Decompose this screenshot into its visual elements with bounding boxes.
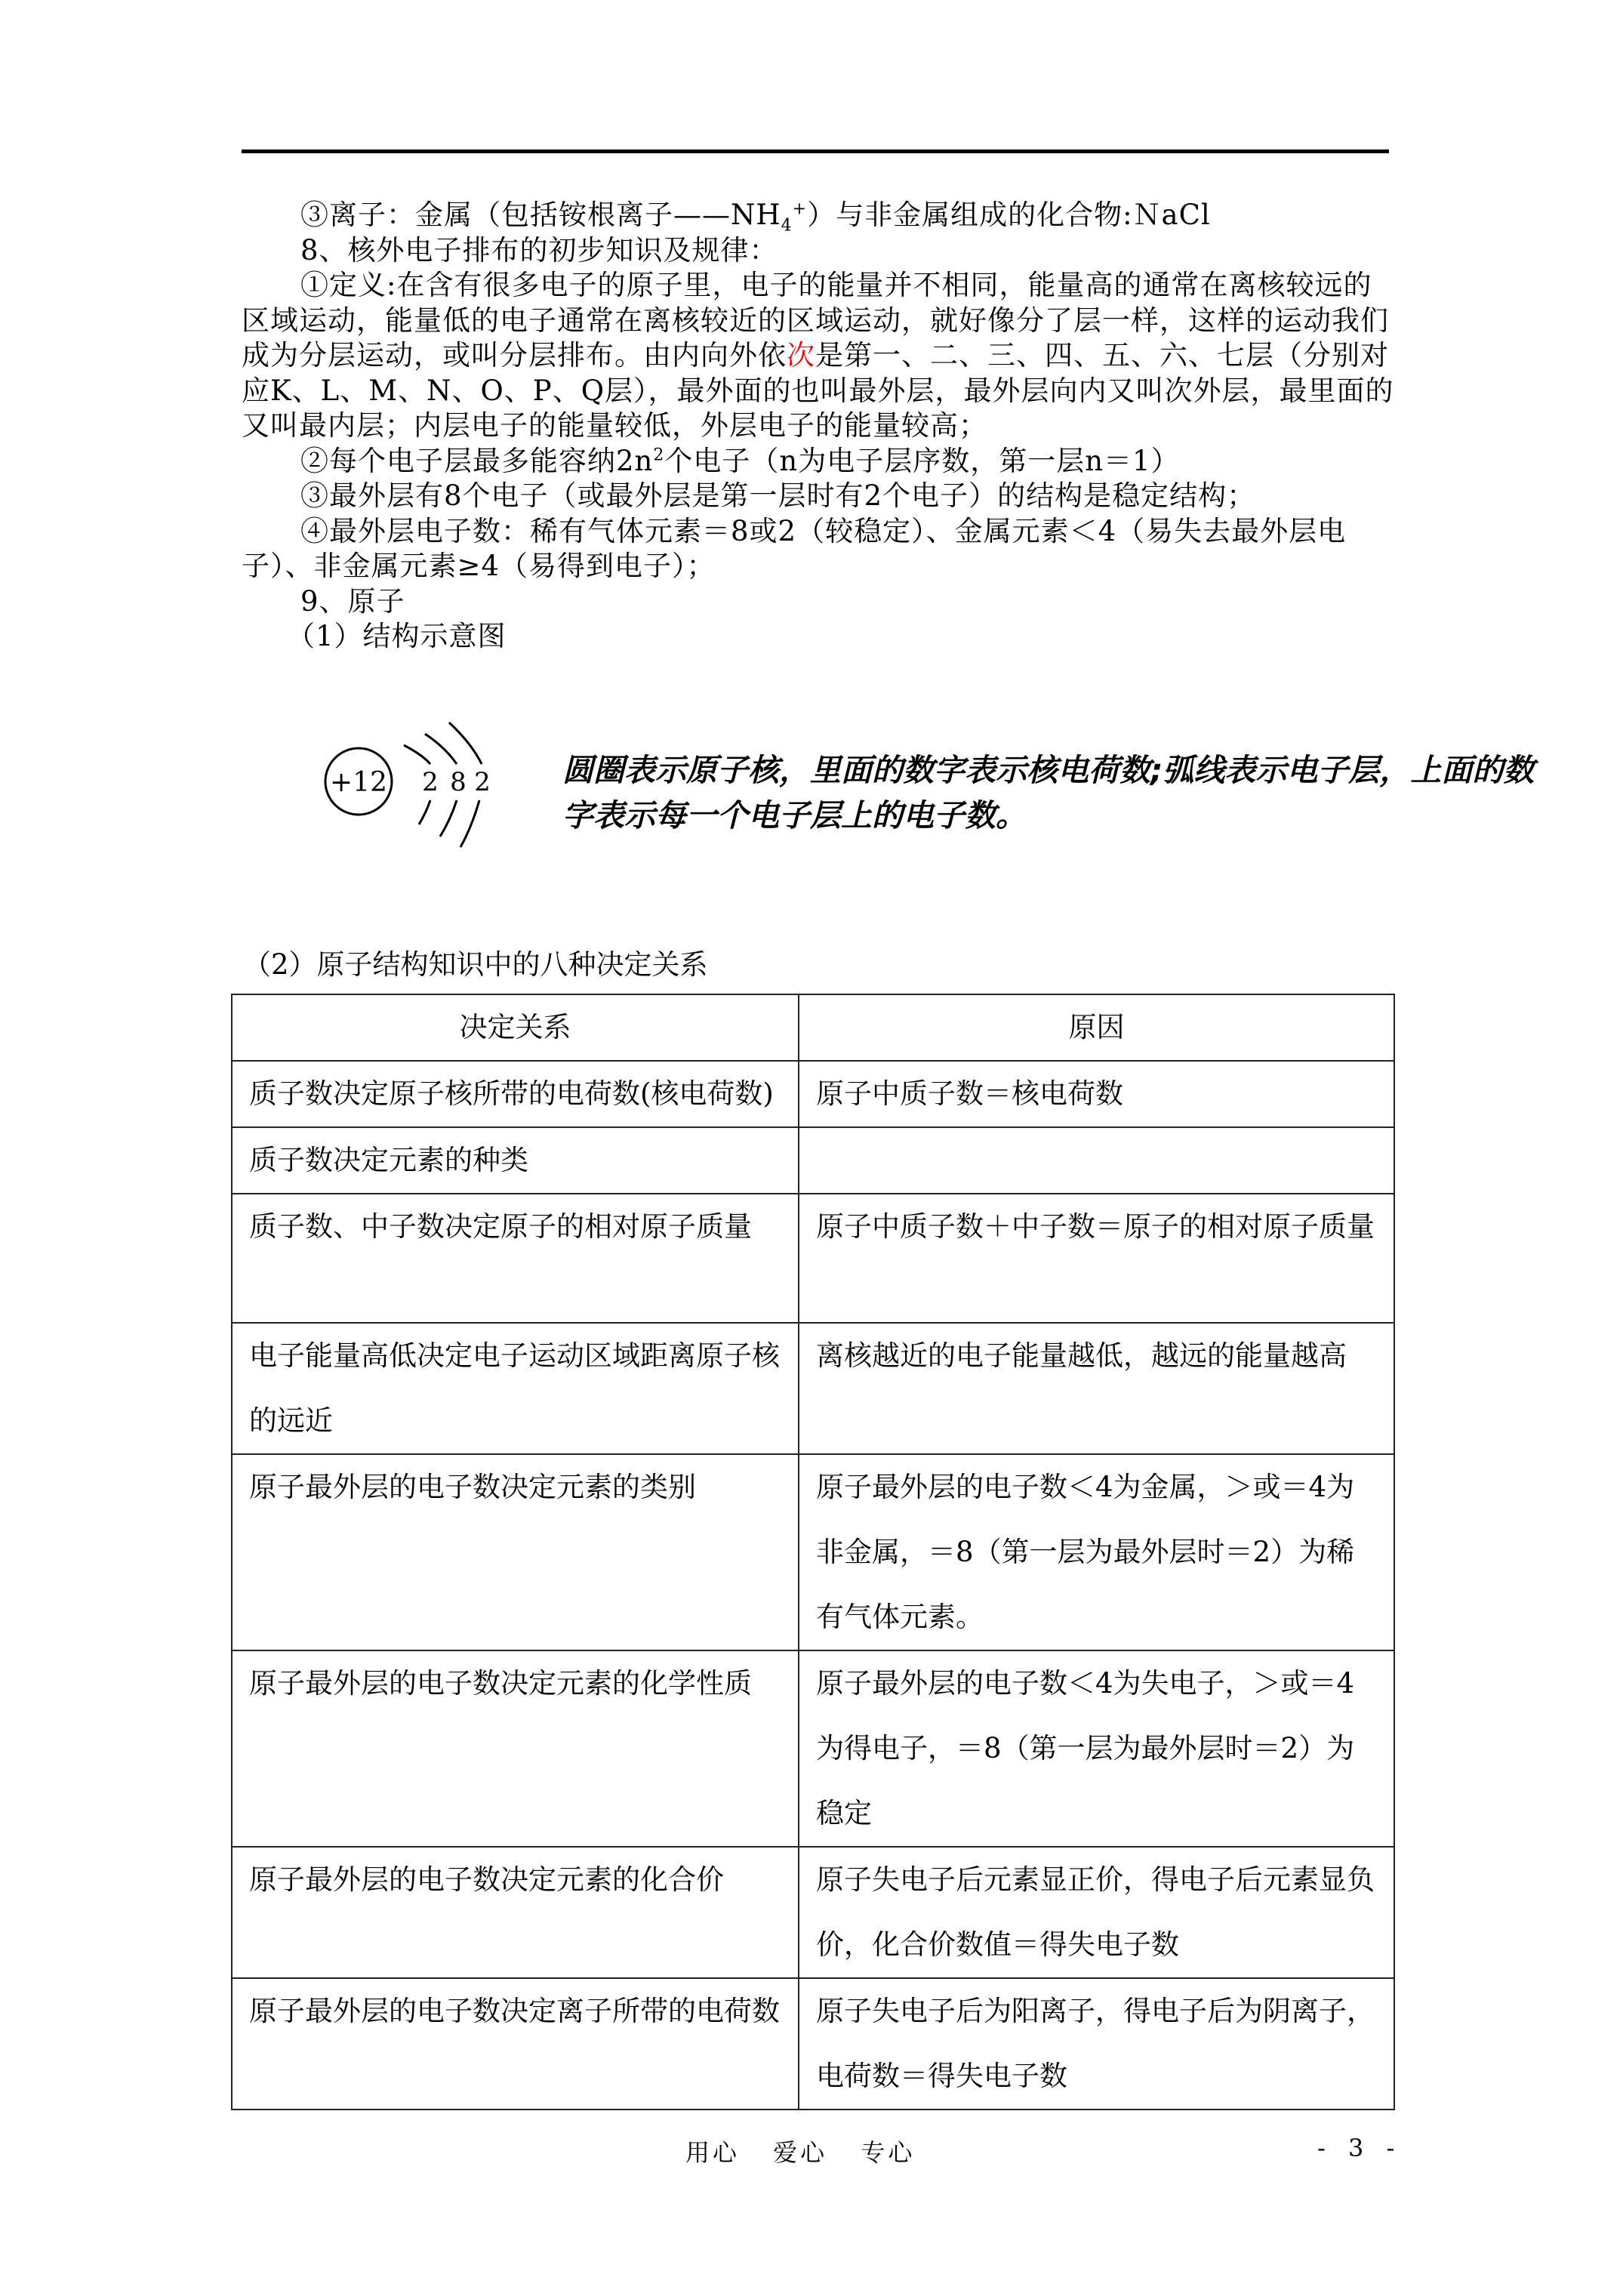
cell-text: 原子失电子后为阳离子，得电子后为阴离子，电荷数＝得失电子数 [816,1979,1378,2109]
cell-text: 原子最外层的电子数＜4为失电子，＞或＝4为得电子，＝8（第一层为最外层时＝2）为… [816,1651,1378,1846]
paragraph-stable-structure: ③最外层有8个电子（或最外层是第一层时有2个电子）的结构是稳定结构； [242,479,1397,514]
paragraph-ionic-compound: ③离子：金属（包括铵根离子——NH4+）与非金属组成的化合物:ＮaCl [242,198,1397,233]
paragraph-text: ③离子：金属（包括铵根离子——NH [300,199,781,231]
cell-text: 原子最外层的电子数决定离子所带的电荷数 [249,1979,783,2044]
page-number: - 3 - [1317,2134,1402,2162]
paragraph-text: ）与非金属组成的化合物:ＮaCl [807,199,1211,231]
cell-text: 原子中质子数＝核电荷数 [816,1062,1378,1126]
table-row: 质子数决定原子核所带的电荷数(核电荷数) 原子中质子数＝核电荷数 [232,1061,1394,1127]
table-header-row: 决定关系 原因 [232,994,1394,1061]
body-text: ③离子：金属（包括铵根离子——NH4+）与非金属组成的化合物:ＮaCl 8、核外… [242,198,1397,655]
cell-reason [799,1127,1394,1194]
highlighted-char: 次 [787,339,815,371]
cell-text: 质子数、中子数决定原子的相对原子质量 [249,1194,783,1259]
cell-relation: 原子最外层的电子数决定元素的类别 [232,1454,799,1650]
subscript: 4 [781,216,793,235]
paragraph-text: ②每个电子层最多能容纳2n [300,445,653,477]
cell-reason: 原子失电子后为阳离子，得电子后为阴离子，电荷数＝得失电子数 [799,1978,1394,2110]
section-heading-8: 8、核外电子排布的初步知识及规律： [242,233,1397,269]
paragraph-shell-capacity: ②每个电子层最多能容纳2n2个电子（n为电子层序数，第一层n＝1） [242,444,1397,479]
cell-text: 电子能量高低决定电子运动区域距离原子核的远近 [249,1324,783,1453]
header-reason: 原因 [799,994,1394,1061]
subsection-heading-structure: （1）结构示意图 [242,619,1397,655]
cell-reason: 原子最外层的电子数＜4为失电子，＞或＝4为得电子，＝8（第一层为最外层时＝2）为… [799,1650,1394,1847]
table-title: （2）原子结构知识中的八种决定关系 [243,948,708,982]
cell-relation: 原子最外层的电子数决定元素的化合价 [232,1847,799,1978]
table-row: 电子能量高低决定电子运动区域距离原子核的远近 离核越近的电子能量越低，越远的能量… [232,1323,1394,1454]
paragraph-definition: ①定义:在含有很多电子的原子里，电子的能量并不相同，能量高的通常在离核较远的区域… [242,268,1397,444]
paragraph-text: 个电子（n为电子层序数，第一层n＝1） [664,445,1179,477]
nucleus-label: +12 [330,767,387,798]
cell-reason: 离核越近的电子能量越低，越远的能量越高 [799,1323,1394,1454]
section-heading-9: 9、原子 [242,584,1397,620]
cell-text: 原子失电子后元素显正价，得电子后元素显负价，化合价数值＝得失电子数 [816,1848,1378,1977]
header-relation: 决定关系 [232,994,799,1061]
table-row: 原子最外层的电子数决定元素的类别 原子最外层的电子数＜4为金属，＞或＝4为非金属… [232,1454,1394,1650]
footer-motto: 用心 爱心 专心 [685,2134,915,2168]
cell-reason: 原子失电子后元素显正价，得电子后元素显负价，化合价数值＝得失电子数 [799,1847,1394,1978]
cell-text: 原子最外层的电子数决定元素的化合价 [249,1848,783,1912]
determination-relations-table: 决定关系 原因 质子数决定原子核所带的电荷数(核电荷数) 原子中质子数＝核电荷数… [231,994,1395,2110]
cell-reason: 原子最外层的电子数＜4为金属，＞或＝4为非金属，＝8（第一层为最外层时＝2）为稀… [799,1454,1394,1650]
cell-relation: 电子能量高低决定电子运动区域距离原子核的远近 [232,1323,799,1454]
table-row: 质子数决定元素的种类 [232,1127,1394,1194]
table-row: 原子最外层的电子数决定元素的化学性质 原子最外层的电子数＜4为失电子，＞或＝4为… [232,1650,1394,1847]
shell-2-count: 8 [450,767,467,797]
shell-3-count: 2 [474,767,491,797]
cell-text: 质子数决定元素的种类 [249,1128,783,1193]
cell-relation: 质子数决定原子核所带的电荷数(核电荷数) [232,1061,799,1127]
diagram-caption: 圆圈表示原子核，里面的数字表示核电荷数;弧线表示电子层，上面的数字表示每一个电子… [562,747,1536,838]
shell-1-count: 2 [422,767,439,797]
cell-text: 离核越近的电子能量越低，越远的能量越高 [816,1324,1378,1388]
cell-text: 原子中质子数＋中子数＝原子的相对原子质量 [816,1194,1378,1259]
cell-text: 质子数决定原子核所带的电荷数(核电荷数) [249,1062,783,1126]
cell-relation: 原子最外层的电子数决定元素的化学性质 [232,1650,799,1847]
cell-relation: 原子最外层的电子数决定离子所带的电荷数 [232,1978,799,2110]
cell-text: 原子最外层的电子数决定元素的化学性质 [249,1651,783,1716]
table-row: 原子最外层的电子数决定元素的化合价 原子失电子后元素显正价，得电子后元素显负价，… [232,1847,1394,1978]
atom-diagram-svg: +12 2 8 2 [317,721,513,857]
paragraph-outer-electrons: ④最外层电子数：稀有气体元素＝8或2（较稳定）、金属元素＜4（易失去最外层电子）… [242,514,1397,584]
cell-reason: 原子中质子数＋中子数＝原子的相对原子质量 [799,1194,1394,1323]
superscript: 2 [653,445,664,464]
cell-reason: 原子中质子数＝核电荷数 [799,1061,1394,1127]
atom-structure-diagram: +12 2 8 2 [317,721,513,857]
header-rule [242,149,1389,153]
superscript: + [793,200,807,219]
cell-text: 原子最外层的电子数决定元素的类别 [249,1455,783,1520]
table-row: 质子数、中子数决定原子的相对原子质量 原子中质子数＋中子数＝原子的相对原子质量 [232,1194,1394,1323]
cell-relation: 质子数、中子数决定原子的相对原子质量 [232,1194,799,1323]
cell-text: 原子最外层的电子数＜4为金属，＞或＝4为非金属，＝8（第一层为最外层时＝2）为稀… [816,1455,1378,1650]
table-row: 原子最外层的电子数决定离子所带的电荷数 原子失电子后为阳离子，得电子后为阴离子，… [232,1978,1394,2110]
cell-relation: 质子数决定元素的种类 [232,1127,799,1194]
